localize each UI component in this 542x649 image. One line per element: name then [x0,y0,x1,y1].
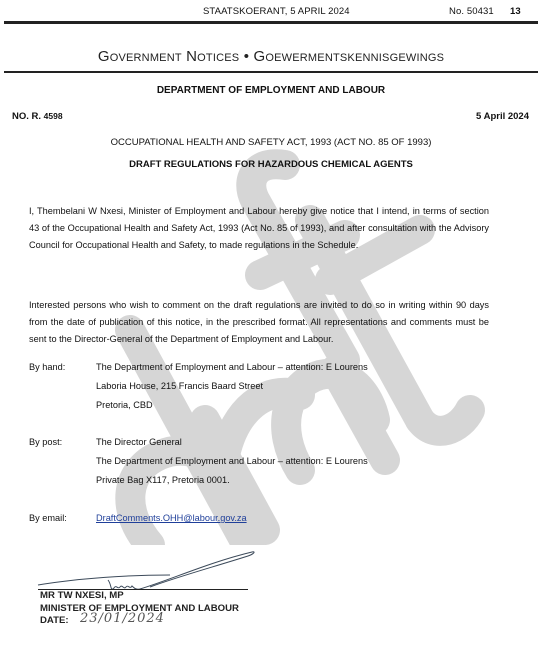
section-title: Government Notices • Goewermentskennisge… [0,48,542,65]
draft-title: DRAFT REGULATIONS FOR HAZARDOUS CHEMICAL… [0,159,542,170]
notice-date: 5 April 2024 [476,111,529,122]
address-line: Private Bag X117, Pretoria 0001. [96,471,368,490]
by-post-address: The Director General The Department of E… [96,433,368,491]
gazette-title: STAATSKOERANT, 5 APRIL 2024 [203,6,350,17]
gazette-page: STAATSKOERANT, 5 APRIL 2024 No. 50431 13… [0,0,542,649]
comment-paragraph: Interested persons who wish to comment o… [29,297,489,349]
address-line: The Department of Employment and Labour … [96,452,368,471]
act-title: OCCUPATIONAL HEALTH AND SAFETY ACT, 1993… [0,137,542,148]
address-line: Laboria House, 215 Francis Baard Street [96,377,368,396]
address-line: The Director General [96,433,368,452]
signature-date-handwritten: 23/01/2024 [80,611,165,626]
signature-date-label: DATE: [40,615,69,626]
signatory-name: MR TW NXESI, MP [40,590,124,601]
issue-number: No. 50431 [449,6,494,17]
by-post-label: By post: [29,437,62,447]
by-hand-address: The Department of Employment and Labour … [96,358,368,416]
email-link[interactable]: DraftComments.OHH@labour.gov.za [96,509,247,528]
notice-number-value: 4598 [44,111,63,121]
address-line: Pretoria, CBD [96,396,368,415]
header-rule [4,21,538,24]
by-hand-label: By hand: [29,362,65,372]
intro-paragraph: I, Thembelani W Nxesi, Minister of Emplo… [29,203,489,255]
page-number: 13 [510,6,521,17]
notice-number-prefix: NO. R. [12,111,41,122]
address-line: The Department of Employment and Labour … [96,358,368,377]
notice-number: NO. R. 4598 [12,111,63,122]
department-heading: DEPARTMENT OF EMPLOYMENT AND LABOUR [0,85,542,96]
by-email-label: By email: [29,513,67,523]
section-rule [4,71,538,73]
